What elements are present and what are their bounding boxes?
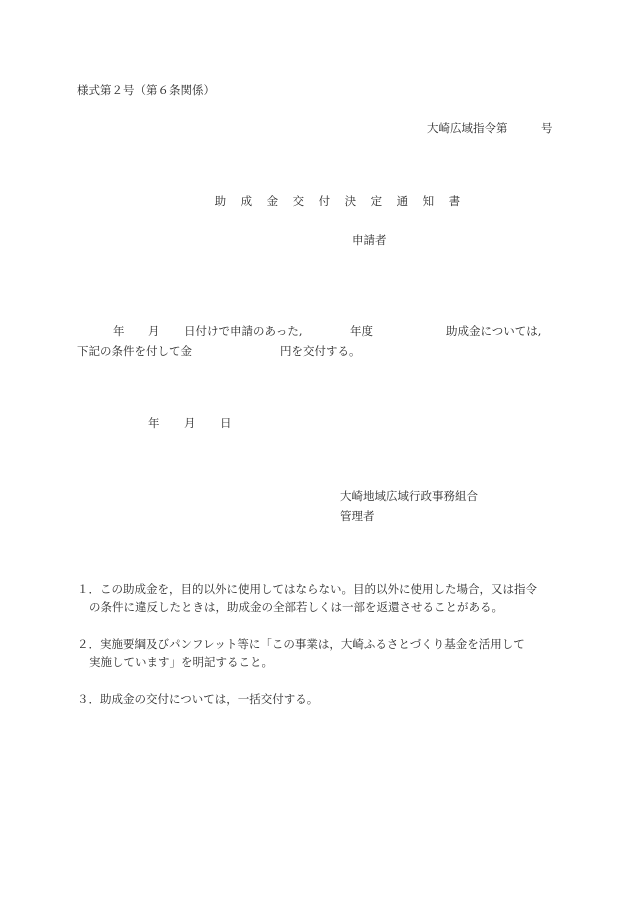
condition-2-line-2: 実施しています」を明記すること。 [89, 654, 273, 670]
title-char: 通 [397, 193, 409, 209]
body-year: 年 [113, 323, 125, 339]
body-day-text: 日付けで申請のあった, [184, 323, 303, 339]
document-title: 助成金交付決定通知書 [200, 177, 475, 225]
issuer-title: 管理者 [340, 508, 375, 524]
title-char: 成 [241, 193, 253, 209]
condition-1-line-1: １．この助成金を，目的以外に使用してはならない。目的以外に使用した場合，又は指令 [77, 581, 537, 597]
condition-3-line-1: ３．助成金の交付については，一括交付する。 [77, 691, 318, 707]
title-char: 交 [293, 193, 305, 209]
date-day: 日 [220, 415, 232, 431]
date-year: 年 [148, 415, 160, 431]
title-char: 助 [215, 193, 227, 209]
title-char: 決 [345, 193, 357, 209]
body-grant-text: 助成金については, [446, 323, 541, 339]
applicant-label: 申請者 [352, 232, 387, 248]
title-char: 知 [423, 193, 435, 209]
ref-number-prefix: 大崎広域指令第 [427, 120, 508, 136]
body-amount-suffix: 円を交付する。 [280, 343, 361, 359]
body-fiscal-year: 年度 [350, 323, 373, 339]
date-month: 月 [184, 415, 196, 431]
title-char: 付 [319, 193, 331, 209]
issuer-org: 大崎地域広域行政事務組合 [340, 488, 478, 504]
title-char: 金 [267, 193, 279, 209]
title-char: 定 [371, 193, 383, 209]
title-char: 書 [449, 193, 461, 209]
condition-1-line-2: の条件に違反したときは，助成金の全部若しくは一部を返還させることがある。 [89, 599, 503, 615]
condition-2-line-1: ２．実施要綱及びパンフレット等に「この事業は，大崎ふるさとづくり基金を活用して [77, 636, 525, 652]
form-label: 様式第２号（第６条関係） [77, 82, 215, 98]
ref-number-suffix: 号 [541, 120, 553, 136]
body-month: 月 [148, 323, 160, 339]
body-amount-prefix: 下記の条件を付して金 [77, 343, 192, 359]
